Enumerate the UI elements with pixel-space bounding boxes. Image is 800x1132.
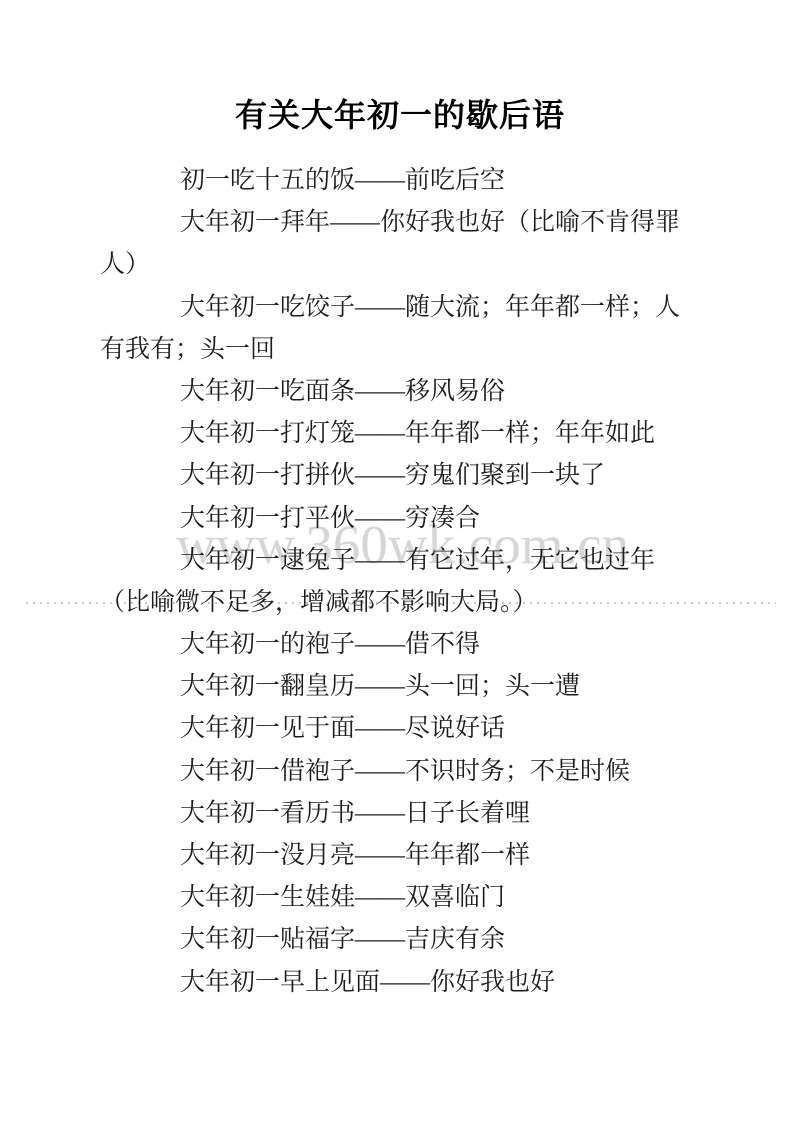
text-line: 大年初一打平伙——穷凑合	[100, 498, 700, 540]
text-line: 大年初一打拼伙——穷鬼们聚到一块了	[100, 455, 700, 497]
text-line: 大年初一吃饺子——随大流；年年都一样；人	[100, 287, 700, 329]
text-line: 大年初一吃面条——移风易俗	[100, 371, 700, 413]
text-line: 大年初一翻皇历——头一回；头一遭	[100, 666, 700, 708]
document-body: 初一吃十五的饭——前吃后空大年初一拜年——你好我也好（比喻不肯得罪人）大年初一吃…	[100, 160, 700, 1004]
text-line: 大年初一早上见面——你好我也好	[100, 962, 700, 1004]
text-line: 大年初一的袍子——借不得	[100, 624, 700, 666]
text-line: 初一吃十五的饭——前吃后空	[100, 160, 700, 202]
text-line: 大年初一打灯笼——年年都一样；年年如此	[100, 413, 700, 455]
text-line: 大年初一借袍子——不识时务；不是时候	[100, 751, 700, 793]
text-line: 大年初一生娃娃——双喜临门	[100, 877, 700, 919]
text-line: 大年初一没月亮——年年都一样	[100, 835, 700, 877]
document-page: 有关大年初一的歇后语 www.360wk.com.cn 初一吃十五的饭——前吃后…	[0, 0, 800, 1132]
text-line: 有我有；头一回	[100, 329, 700, 371]
text-line: （比喻微不足多，增减都不影响大局。）	[100, 582, 700, 624]
text-line: 大年初一见于面——尽说好话	[100, 708, 700, 750]
text-line: 大年初一逮兔子——有它过年，无它也过年	[100, 540, 700, 582]
text-line: 大年初一拜年——你好我也好（比喻不肯得罪	[100, 202, 700, 244]
text-line: 人）	[100, 244, 700, 286]
text-line: 大年初一贴福字——吉庆有余	[100, 919, 700, 961]
text-line: 大年初一看历书——日子长着哩	[100, 793, 700, 835]
page-title: 有关大年初一的歇后语	[0, 90, 800, 136]
